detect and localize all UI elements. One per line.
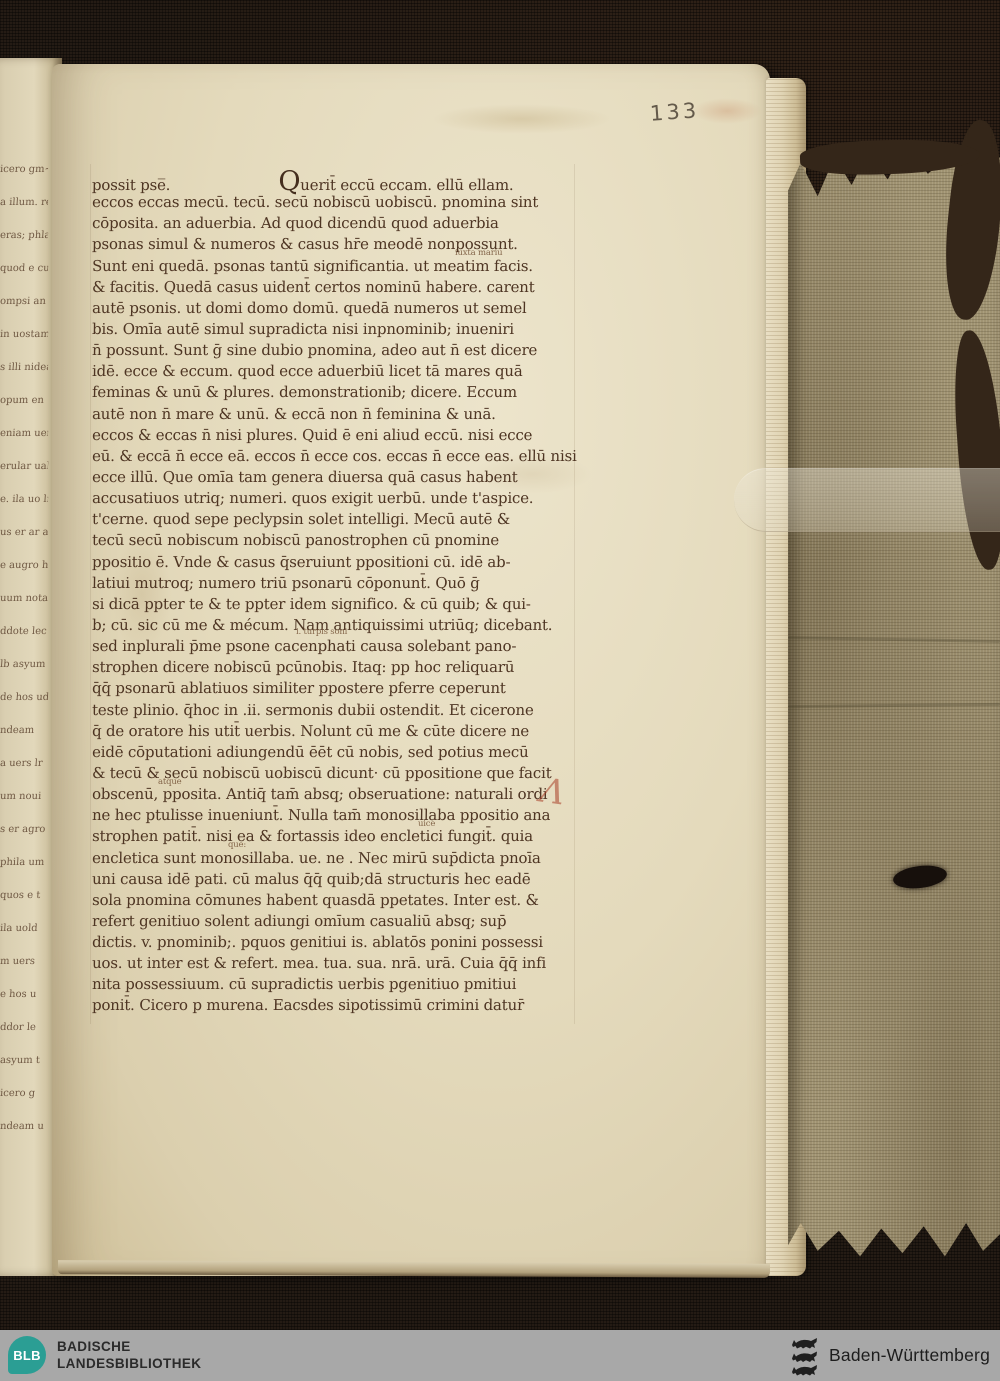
- folio-number: 133: [649, 98, 700, 125]
- previous-page-text-fragment: quos e t: [0, 879, 49, 912]
- opening-pre-text: possit pse̅.: [92, 176, 171, 194]
- previous-page-text-fragment: um noui: [0, 780, 49, 813]
- previous-page-text-fragment: s illi nideam: [0, 351, 49, 384]
- previous-page-text-fragment: a uers lr: [0, 747, 49, 780]
- interlinear-note: uice: [418, 819, 435, 829]
- manuscript-line: teste plinio. q̄hoc in .ii. sermonis dub…: [92, 701, 578, 722]
- state-name-text: Baden-Württemberg: [829, 1345, 990, 1366]
- previous-page-text-fragment: asyum t: [0, 1044, 49, 1077]
- previous-page-text-fragment: ddote lec: [0, 615, 49, 648]
- interlinear-note: que:: [228, 840, 246, 850]
- previous-page-text-fragment: ddor le: [0, 1011, 49, 1044]
- manuscript-line: latiui mutroq; numero triū psonarū cōpon…: [92, 574, 578, 595]
- manuscript-line: tecū secū nobiscum nobiscū panostrophen …: [92, 531, 578, 552]
- previous-page-text-fragment: ompsi an studl: [0, 285, 49, 318]
- previous-page-text-fragment: eras; phla uun: [0, 219, 49, 252]
- library-name-line2: LANDESBIBLIOTHEK: [57, 1356, 201, 1373]
- manuscript-line: uos. ut inter est & refert. mea. tua. su…: [92, 954, 578, 975]
- previous-page-text-fragment: m uers: [0, 945, 49, 978]
- previous-page-text-fragment: quod e cupis t: [0, 252, 49, 285]
- previous-page-text-fragment: ndeam: [0, 714, 49, 747]
- previous-page-text-fragment: us er ar a: [0, 516, 49, 549]
- manuscript-line: autē non n̄ mare & unū. & eccā non n̄ fe…: [92, 405, 578, 426]
- cloth-crease: [788, 636, 1000, 643]
- manuscript-lines: eccos eccas mecū. tecū. secū nobiscū uob…: [92, 193, 578, 1017]
- manuscript-line: feminas & unū & plures. demonstrationib;…: [92, 383, 578, 404]
- manuscript-line: ppositio ē. Vnde & casus q̄seruiunt ppos…: [92, 553, 578, 574]
- manuscript-page: 133 possit pse̅. Q uerit̄ eccū eccam. el…: [52, 64, 770, 1276]
- previous-page-text-fragment: de hos ud: [0, 681, 49, 714]
- previous-page-text-fragment: opum en: [0, 384, 49, 417]
- manuscript-line: refert genitiuo solent adiungi omīum cas…: [92, 912, 578, 933]
- manuscript-line: ecce illū. Que omīa tam genera diuersa q…: [92, 468, 578, 489]
- previous-page-text-fragment: eniam uersu: [0, 417, 49, 450]
- manuscript-line: bis. Omīa autē simul supradicta nisi inp…: [92, 320, 578, 341]
- manuscript-text-block: possit pse̅. Q uerit̄ eccū eccam. ellū e…: [92, 172, 578, 1018]
- manuscript-line: si dicā ppter te & te ppter idem signifi…: [92, 595, 578, 616]
- parchment-stain: [692, 98, 762, 124]
- previous-page-text-fragment: e augro h: [0, 549, 49, 582]
- manuscript-line: psonas simul & numeros & casus hr̄e meod…: [92, 235, 578, 256]
- library-name-line1: BADISCHE: [57, 1339, 201, 1356]
- manuscript-line: sed inplurali p̄me psone cacenphati caus…: [92, 637, 578, 658]
- manuscript-line: strophen dicere nobiscū pcūnobis. Itaq: …: [92, 658, 578, 679]
- manuscript-line: q̄ de oratore his utit̄ uerbis. Nolunt c…: [92, 722, 578, 743]
- manuscript-line: dictis. v. pnominib;. pquos genitiui is.…: [92, 933, 578, 954]
- parchment-stain: [432, 104, 612, 134]
- previous-page-text-fragment: e hos u: [0, 978, 49, 1011]
- manuscript-line: n̄ possunt. Sunt ḡ sine dubio pnomina, a…: [92, 341, 578, 362]
- manuscript-opening-line: possit pse̅. Q uerit̄ eccū eccam. ellū e…: [92, 172, 578, 193]
- manuscript-line: t'cerne. quod sepe peclypsin solet intel…: [92, 510, 578, 531]
- manuscript-line: accusatiuos utriq; numeri. quos exigit u…: [92, 489, 578, 510]
- previous-page-text-fragment: in uostam a: [0, 318, 49, 351]
- interlinear-note: i. turpis soni: [296, 627, 347, 637]
- manuscript-line: ne hec ptulisse inueniunt̄. Nulla tam̄ m…: [92, 806, 578, 827]
- manuscript-line: eidē cōputationi adiungendū ēēt cū nobis…: [92, 743, 578, 764]
- previous-page-text-fragment: a illum. re: [0, 186, 49, 219]
- previous-page-text-fragment: s er agro: [0, 813, 49, 846]
- cloth-crease: [788, 703, 1000, 708]
- manuscript-line: uni causa idē pati. cū malus q̄q̄ quib;d…: [92, 870, 578, 891]
- manuscript-line: q̄q̄ psonarū ablatiuos similiter pposter…: [92, 679, 578, 700]
- repair-tape-strip: [734, 468, 1000, 532]
- blb-logo-text: BLB: [13, 1348, 41, 1363]
- previous-page-text-fragment: icero g: [0, 1077, 49, 1110]
- previous-page-text-fragments: icero gm~a illum. reeras; phla uunquod e…: [0, 153, 50, 1143]
- state-logo-group: Baden-Württemberg: [790, 1335, 990, 1376]
- footer-banner: BLB BADISCHE LANDESBIBLIOTHEK Baden-Würt…: [0, 1330, 1000, 1381]
- previous-page-text-fragment: icero gm~: [0, 153, 49, 186]
- previous-page-text-fragment: erular uald: [0, 450, 49, 483]
- previous-page-text-fragment: e. ila uo lr: [0, 483, 49, 516]
- manuscript-line: eccos eccas mecū. tecū. secū nobiscū uob…: [92, 193, 578, 214]
- manuscript-line: encletica sunt monosillaba. ue. ne . Nec…: [92, 849, 578, 870]
- manuscript-line: Sunt eni quedā. psonas tantū significant…: [92, 257, 578, 278]
- manuscript-line: strophen patit̄. nisi ea & fortassis ide…: [92, 827, 578, 848]
- previous-page-text-fragment: ndeam u: [0, 1110, 49, 1143]
- manuscript-line: obscenū, pposita. Antiq̄ tam̄ absq; obse…: [92, 785, 578, 806]
- opening-initial-letter: Q: [278, 172, 300, 192]
- manuscript-line: nita possessiuum. cū supradictis uerbis …: [92, 975, 578, 996]
- three-lions-icon: [790, 1336, 820, 1376]
- manuscript-line: & facitis. Quedā casus uident̄ certos no…: [92, 278, 578, 299]
- manuscript-line: autē psonis. ut domi domo domū. quedā nu…: [92, 299, 578, 320]
- blb-logo: BLB: [8, 1336, 46, 1374]
- previous-page-text-fragment: phila um: [0, 846, 49, 879]
- interlinear-note: iuxta mariū: [455, 248, 502, 258]
- manuscript-line: idē. ecce & eccum. quod ecce aduerbiū li…: [92, 362, 578, 383]
- previous-page-text-fragment: lb asyum: [0, 648, 49, 681]
- manuscript-line: eccos & eccas n̄ nisi plures. Quid ē eni…: [92, 426, 578, 447]
- library-name: BADISCHE LANDESBIBLIOTHEK: [57, 1339, 201, 1372]
- manuscript-line: eū. & eccā n̄ ecce eā. eccos n̄ ecce cos…: [92, 447, 578, 468]
- manuscript-line: cōposita. an aduerbia. Ad quod dicendū q…: [92, 214, 578, 235]
- manuscript-line: sola pnomina cōmunes habent quasdā ppeta…: [92, 891, 578, 912]
- interlinear-note: atque: [158, 777, 181, 787]
- previous-page-text-fragment: ila uold: [0, 912, 49, 945]
- opening-rest-text: uerit̄ eccū eccam. ellū ellam.: [300, 176, 514, 194]
- previous-page-text-fragment: uum nota: [0, 582, 49, 615]
- manuscript-line: ponit̄. Cicero p murena. Eacsdes sipotis…: [92, 996, 578, 1017]
